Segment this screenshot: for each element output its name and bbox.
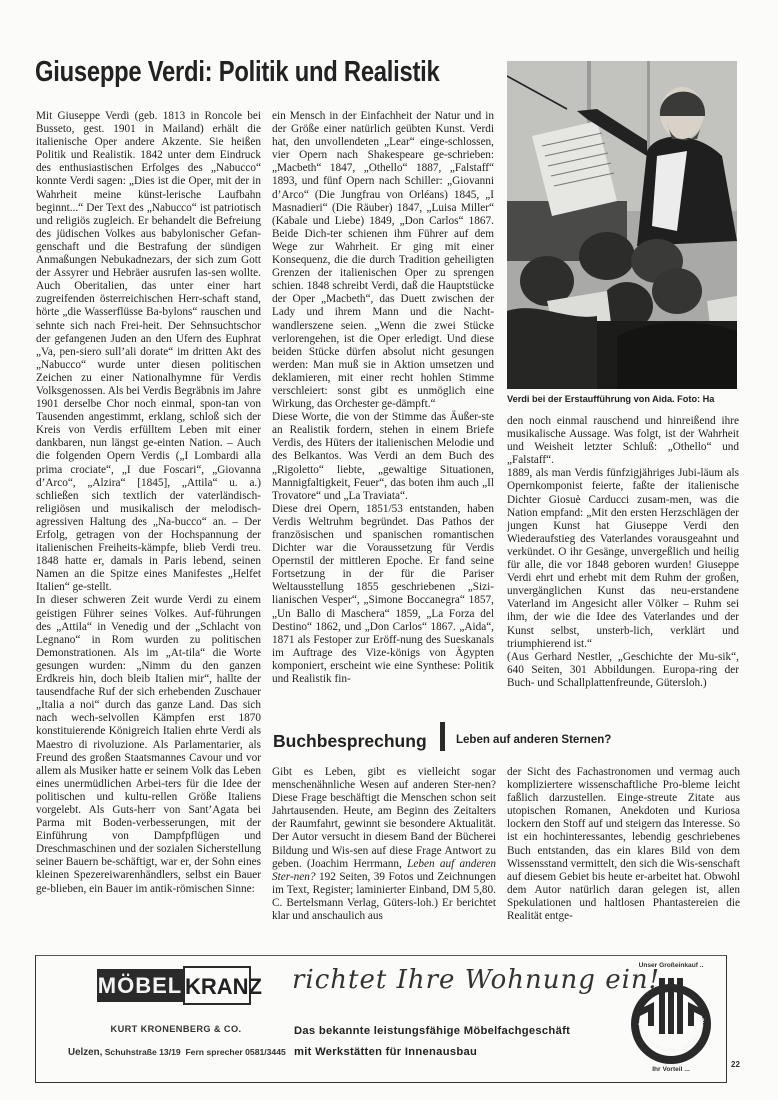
company-name: KURT KRONENBERG & CO. <box>96 1024 256 1034</box>
logo-left-word: MÖBEL <box>97 969 183 1002</box>
page-number: 22 <box>731 1060 740 1069</box>
dmg-emblem-icon: DEUTSCHER MÖBEL GROSSEINKAUF <box>626 974 716 1064</box>
conductor-engraving-image <box>507 61 737 389</box>
address-city: Uelzen, <box>68 1047 102 1058</box>
company-address: Uelzen, Schuhstraße 13/19 Fern sprecher … <box>68 1047 286 1058</box>
review-paragraph: der Sicht des Fachastronomen und vermag … <box>507 766 740 923</box>
review-paragraph: Gibt es Leben, gibt es vielleicht sogar … <box>272 766 496 923</box>
badge-bottom-text: Ihr Vorteil ... <box>626 1066 716 1073</box>
article-column-3: den noch einmal rauschend und hinreißend… <box>507 415 739 690</box>
review-column-2: der Sicht des Fachastronomen und vermag … <box>507 766 740 923</box>
book-review-subheading: Leben auf anderen Sternen? <box>456 734 611 746</box>
logo-right-word: KRANZ <box>183 966 251 1005</box>
dmg-emblem-icon: DEUTSCHER MÖBEL GROSSEINKAUF <box>626 974 716 1064</box>
article-paragraph: In dieser schweren Zeit wurde Verdi zu e… <box>36 594 261 895</box>
article-paragraph: ein Mensch in der Einfachheit der Natur … <box>272 110 494 411</box>
ad-tagline-1: Das bekannte leistungsfähige Möbelfachge… <box>294 1025 570 1037</box>
article-column-1: Mit Giuseppe Verdi (geb. 1813 in Roncole… <box>36 110 261 896</box>
article-paragraph: (Aus Gerhard Nestler, „Geschichte der Mu… <box>507 651 739 690</box>
article-paragraph: Diese Worte, die von der Stimme das Äuße… <box>272 411 494 503</box>
review-column-1: Gibt es Leben, gibt es vielleicht sogar … <box>272 766 496 923</box>
article-paragraph: den noch einmal rauschend und hinreißend… <box>507 415 739 467</box>
article-paragraph: Mit Giuseppe Verdi (geb. 1813 in Roncole… <box>36 110 261 594</box>
article-column-2: ein Mensch in der Einfachheit der Natur … <box>272 110 494 686</box>
photo-illustration-icon <box>507 61 737 389</box>
book-review-heading: Buchbesprechung <box>273 731 427 752</box>
ad-slogan: richtet Ihre Wohnung ein! <box>292 965 660 995</box>
article-paragraph: 1889, als man Verdis fünfzigjähriges Jub… <box>507 467 739 650</box>
heading-divider-bar <box>440 722 445 751</box>
article-title: Giuseppe Verdi: Politik und Realistik <box>35 56 440 89</box>
badge-top-text: Unser Großeinkauf .. <box>626 962 716 969</box>
photo-caption: Verdi bei der Erstaufführung von Aida. F… <box>507 394 714 404</box>
ad-tagline-2: mit Werkstätten für Innenausbau <box>294 1046 477 1058</box>
address-street: Schuhstraße 13/19 <box>105 1047 181 1057</box>
phone-number: Fern sprecher 0581/3445 <box>185 1047 285 1057</box>
moebel-kranz-logo: MÖBEL KRANZ <box>97 966 252 1006</box>
article-paragraph: Diese drei Opern, 1851/53 entstanden, ha… <box>272 503 494 686</box>
